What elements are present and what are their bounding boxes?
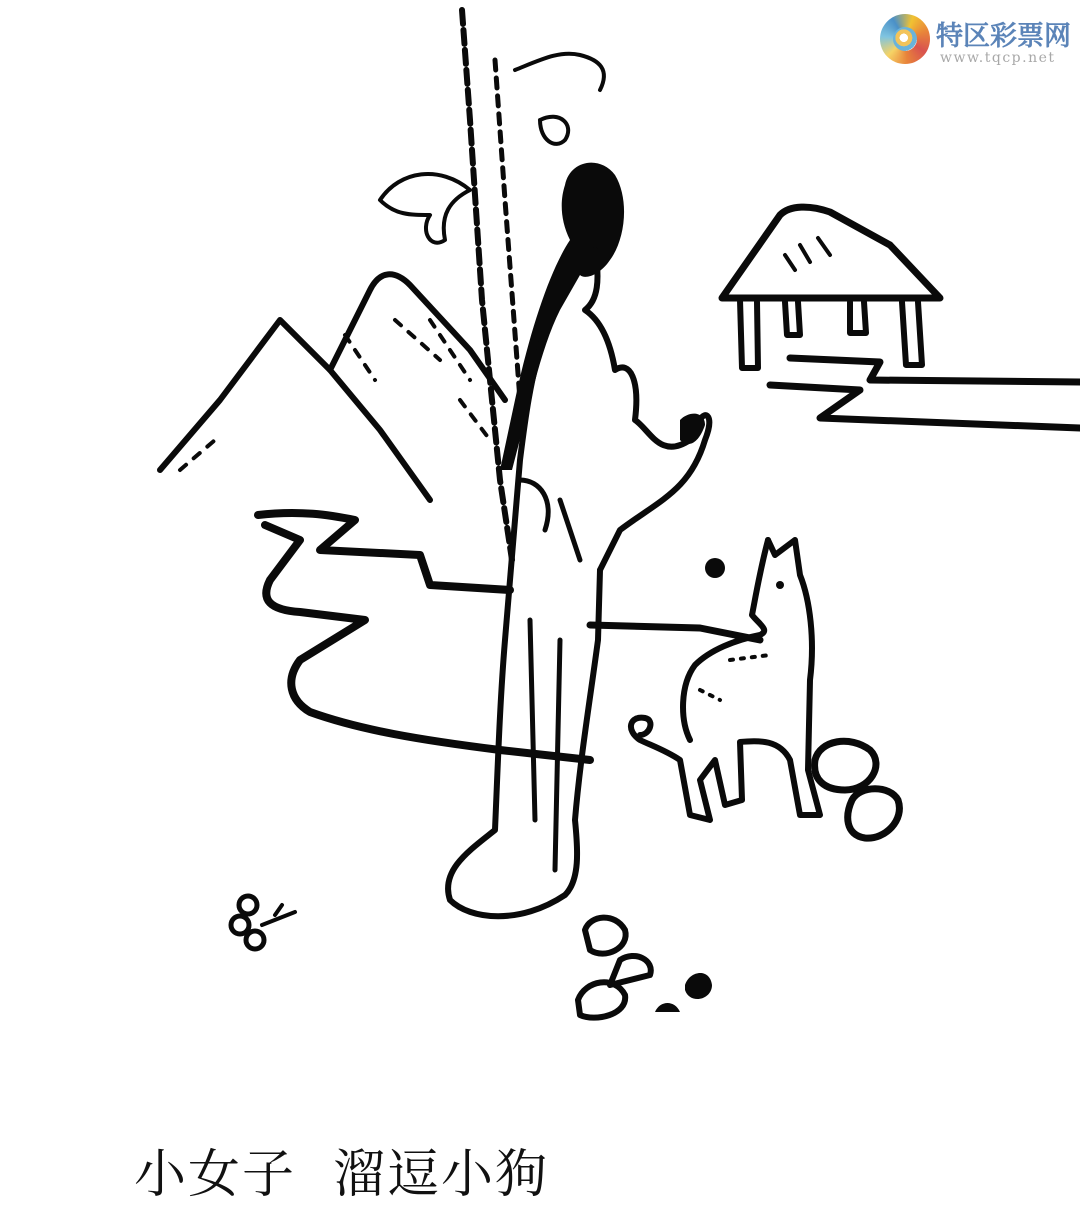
- ball: [705, 558, 725, 578]
- illustration-caption: 小女子 溜逗小狗: [134, 1132, 549, 1207]
- mountains: [160, 274, 505, 500]
- watermark-site-url: www.tqcp.net: [940, 50, 1056, 66]
- dog: [631, 540, 820, 820]
- woman: [448, 163, 709, 917]
- thatched-hut: [722, 207, 940, 368]
- line-drawing-illustration: [0, 0, 1080, 1040]
- watermark-site-name: 特区彩票网: [936, 14, 1071, 53]
- flower: [231, 896, 295, 949]
- river: [258, 358, 1080, 760]
- swirl-logo-icon: [880, 14, 930, 64]
- site-watermark: 特区彩票网 www.tqcp.net: [878, 8, 1078, 74]
